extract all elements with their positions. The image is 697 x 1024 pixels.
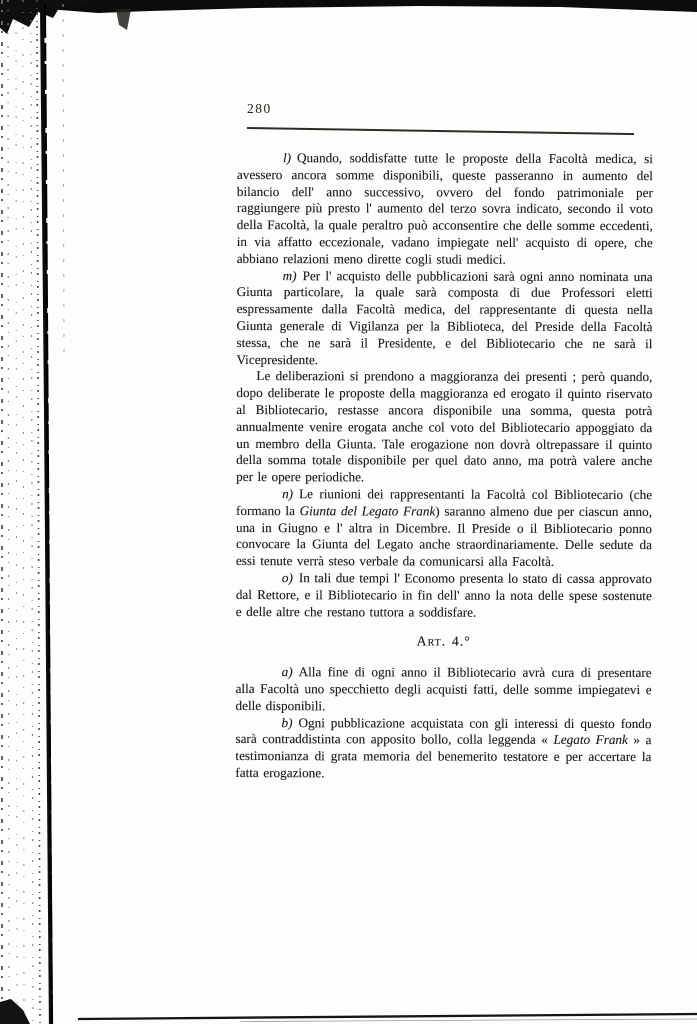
paragraph-b: b)Ogni pubblicazione acquistata con gli …	[235, 714, 651, 782]
paragraph-l-text: Quando, soddisfatte tutte le proposte de…	[237, 150, 653, 266]
edge-dots-1	[23, 0, 24, 1024]
text-block: l)Quando, soddisfatte tutte le proposte …	[235, 150, 653, 783]
paragraph-m: m)Per l' acquisto delle pubblicazioni sa…	[236, 268, 652, 370]
edge-dots-5	[63, 4, 64, 360]
bottom-corner-blob	[0, 999, 30, 1024]
paragraph-deliberazioni-text: Le deliberazioni si prendono a maggioran…	[236, 368, 652, 484]
corner-fold-blob	[0, 0, 92, 34]
item-marker-l: l)	[283, 150, 297, 165]
binding-speckle-1	[37, 0, 40, 1024]
item-marker-b: b)	[281, 715, 298, 730]
paragraph-a: a)Alla fine di ogni anno il Bibliotecari…	[236, 664, 652, 715]
top-edge-shadow	[48, 0, 697, 13]
edge-dots-3	[8, 0, 9, 1024]
binding-line-main	[42, 0, 51, 1024]
paragraph-l: l)Quando, soddisfatte tutte le proposte …	[237, 150, 653, 269]
header-rule	[247, 127, 634, 135]
paragraph-o-text: In tali due tempi l' Economo presenta lo…	[236, 570, 652, 619]
paragraph-b-italic-phrase: Legato Frank	[553, 732, 627, 747]
paragraph-deliberazioni: Le deliberazioni si prendono a maggioran…	[236, 368, 652, 487]
bottom-edge-echo	[240, 1019, 697, 1022]
top-band-streak	[116, 9, 131, 30]
item-marker-o: o)	[282, 570, 299, 585]
page-number: 280	[247, 101, 272, 117]
scanned-book-page: 280 l)Quando, soddisfatte tutte le propo…	[0, 0, 697, 1024]
item-marker-n: n)	[282, 486, 299, 501]
paragraph-n: n)Le riunioni dei rappresentanti la Faco…	[236, 486, 652, 571]
paragraph-o: o)In tali due tempi l' Economo presenta …	[236, 570, 652, 621]
paragraph-n-italic-phrase: Giunta del Legato Frank	[300, 503, 436, 518]
item-marker-m: m)	[283, 268, 303, 283]
paragraph-a-text: Alla fine di ogni anno il Bibliotecario …	[236, 664, 652, 713]
bottom-edge-line	[78, 1014, 697, 1019]
item-marker-a: a)	[282, 664, 299, 679]
article-4-heading: Art. 4.°	[236, 633, 652, 651]
edge-dots-2	[16, 22, 17, 1024]
binding-line-overlay	[45, 4, 52, 1024]
binding-speckle-2	[31, 12, 33, 1024]
